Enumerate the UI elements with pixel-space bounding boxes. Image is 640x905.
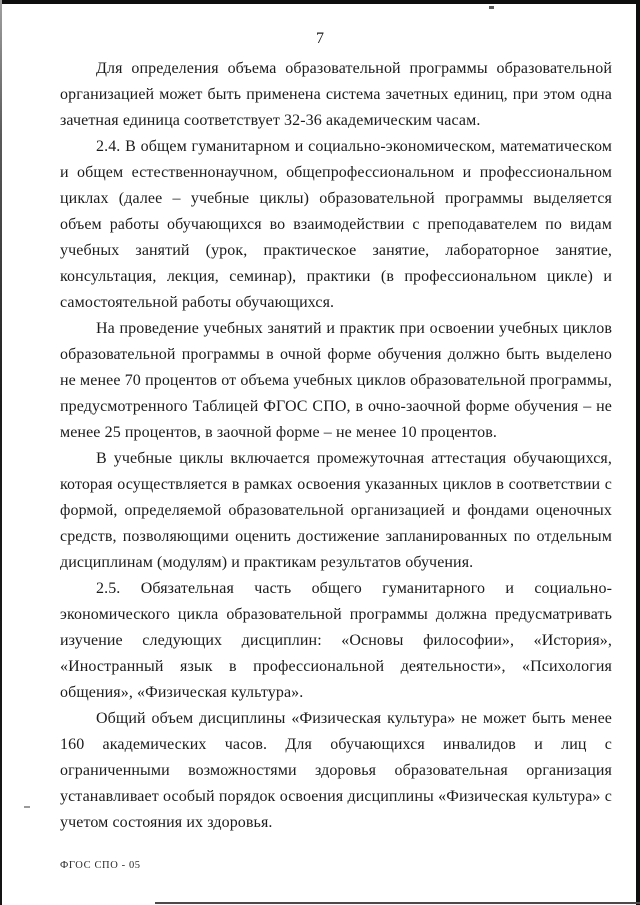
scan-edge-left xyxy=(0,0,2,905)
scan-edge-bottom-line xyxy=(155,902,640,904)
paragraph-percent-requirements: На проведение учебных занятий и практик … xyxy=(60,316,612,446)
paragraph-2-4-study-cycles: 2.4. В общем гуманитарном и социально-эк… xyxy=(60,134,612,316)
scan-speck-left xyxy=(24,806,30,808)
paragraph-2-5-mandatory-disciplines: 2.5. Обязательная часть общего гуманитар… xyxy=(60,576,612,706)
document-body: Для определения объема образовательной п… xyxy=(60,56,612,836)
scan-speck-top xyxy=(489,6,494,9)
paragraph-intro-credit-units: Для определения объема образовательной п… xyxy=(60,56,612,134)
footer-document-code: ФГОС СПО - 05 xyxy=(60,860,141,871)
page-number: 7 xyxy=(0,30,640,48)
document-page: 7 Для определения объема образовательной… xyxy=(0,0,640,905)
scan-edge-right xyxy=(636,0,640,905)
paragraph-physical-culture-volume: Общий объем дисциплины «Физическая культ… xyxy=(60,706,612,836)
paragraph-interim-attestation: В учебные циклы включается промежуточная… xyxy=(60,446,612,576)
scan-edge-top xyxy=(0,0,640,4)
